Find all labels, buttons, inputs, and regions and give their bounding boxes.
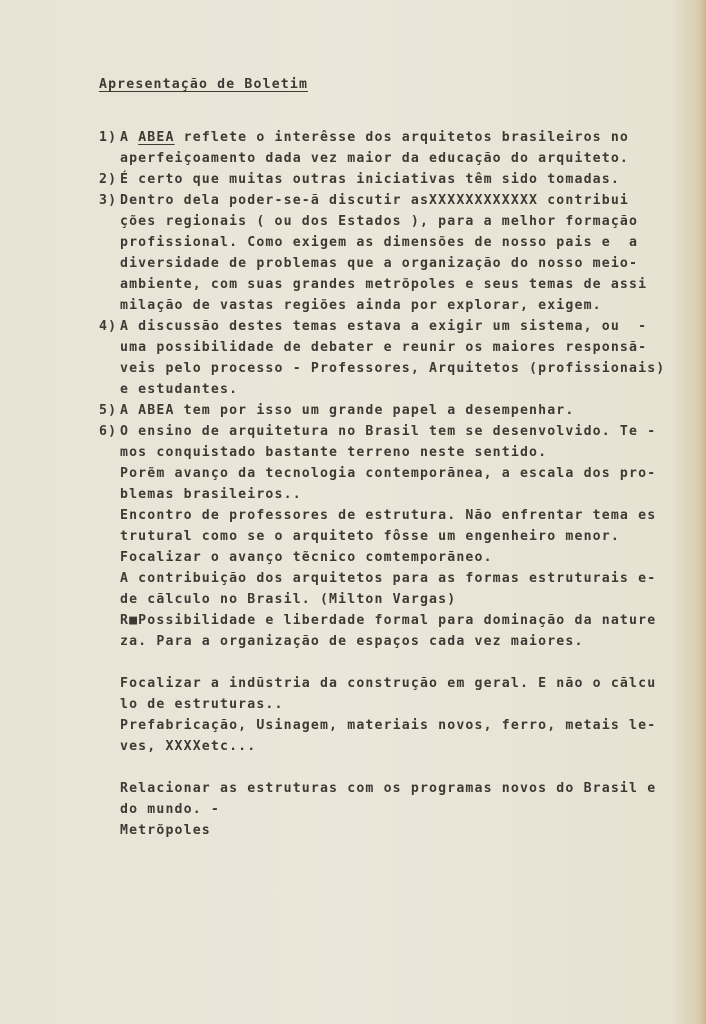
paragraph-gap — [99, 652, 639, 673]
text-line: aperfeiçoamento dada vez maior da educaç… — [120, 148, 639, 169]
text-line: A ABEA tem por isso um grande papel a de… — [120, 400, 639, 421]
text-line: A contribuição dos arquitetos para as fo… — [120, 568, 639, 589]
text-line: É certo que muitas outras iniciativas tê… — [120, 169, 639, 190]
text-line: Focalizar o avanço tẽcnico comtemporãneo… — [120, 547, 639, 568]
text-line: Metrõpoles — [120, 820, 639, 841]
list-item-5: 5) A ABEA tem por isso um grande papel a… — [99, 400, 639, 421]
list-item-4: 4) A discussão destes temas estava a exi… — [99, 316, 639, 400]
list-item-3: 3) Dentro dela poder-se-ã discutir asXXX… — [99, 190, 639, 316]
text-line: uma possibilidade de debater e reunir os… — [120, 337, 639, 358]
document-title: Apresentação de Boletim — [99, 74, 639, 95]
text-line: ções regionais ( ou dos Estados ), para … — [120, 211, 639, 232]
text-line: Focalizar a indũstria da construção em g… — [120, 673, 639, 694]
text-line: Porẽm avanço da tecnologia contemporãnea… — [120, 463, 639, 484]
text-fragment: A — [120, 130, 138, 145]
text-line: trutural como se o arquiteto fôsse um en… — [120, 526, 639, 547]
text-line: A ABEA reflete o interêsse dos arquiteto… — [120, 127, 639, 148]
typewritten-document: Apresentação de Boletim 1) A ABEA reflet… — [99, 74, 639, 841]
text-line: ves, XXXXetc... — [120, 736, 639, 757]
text-line: za. Para a organização de espaços cada v… — [120, 631, 639, 652]
text-line: mos conquistado bastante terreno neste s… — [120, 442, 639, 463]
item-number: 2) — [99, 169, 117, 190]
paragraph-industria: Focalizar a indũstria da construção em g… — [99, 673, 639, 757]
list-item-2: 2) É certo que muitas outras iniciativas… — [99, 169, 639, 190]
item-number: 5) — [99, 400, 117, 421]
scanned-page: Apresentação de Boletim 1) A ABEA reflet… — [0, 0, 706, 1024]
text-line: R■Possibilidade e liberdade formal para … — [120, 610, 639, 631]
text-line: lo de estruturas.. — [120, 694, 639, 715]
item-number: 3) — [99, 190, 117, 211]
text-line: profissional. Como exigem as dimensões d… — [120, 232, 639, 253]
item-number: 6) — [99, 421, 117, 442]
text-line: blemas brasileiros.. — [120, 484, 639, 505]
text-line: diversidade de problemas que a organizaç… — [120, 253, 639, 274]
text-line: ambiente, com suas grandes metrõpoles e … — [120, 274, 639, 295]
text-line: milação de vastas regiões ainda por expl… — [120, 295, 639, 316]
text-line: Dentro dela poder-se-ã discutir asXXXXXX… — [120, 190, 639, 211]
text-line: do mundo. - — [120, 799, 639, 820]
text-line: e estudantes. — [120, 379, 639, 400]
item-number: 1) — [99, 127, 117, 148]
list-item-1: 1) A ABEA reflete o interêsse dos arquit… — [99, 127, 639, 169]
text-line: A discussão destes temas estava a exigir… — [120, 316, 639, 337]
abea-underlined: ABEA — [138, 130, 174, 145]
item-number: 4) — [99, 316, 117, 337]
text-line: de cãlculo no Brasil. (Milton Vargas) — [120, 589, 639, 610]
text-line: O ensino de arquitetura no Brasil tem se… — [120, 421, 639, 442]
text-line: Encontro de professores de estrutura. Nã… — [120, 505, 639, 526]
paragraph-estruturas: Relacionar as estruturas com os programa… — [99, 778, 639, 841]
text-line: Relacionar as estruturas com os programa… — [120, 778, 639, 799]
list-item-6: 6) O ensino de arquitetura no Brasil tem… — [99, 421, 639, 652]
text-line: Prefabricação, Usinagem, materiais novos… — [120, 715, 639, 736]
paragraph-gap — [99, 757, 639, 778]
text-line: veis pelo processo - Professores, Arquit… — [120, 358, 639, 379]
text-fragment: reflete o interêsse dos arquitetos brasi… — [175, 130, 629, 145]
